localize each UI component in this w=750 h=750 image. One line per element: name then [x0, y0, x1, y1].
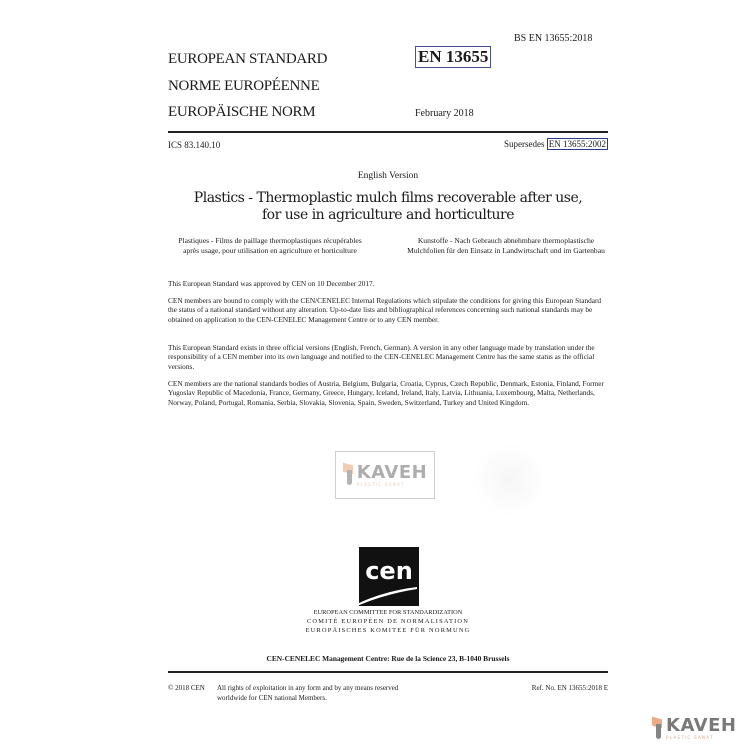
kaveh-tagline: PLASTIC SANAT	[357, 482, 427, 487]
faded-watermark	[470, 445, 550, 515]
kaveh-logo-corner: KAVEH PLASTIC SANAT	[652, 717, 736, 740]
kaveh-logo: KAVEH PLASTIC SANAT	[343, 464, 427, 487]
approval-paragraph: This European Standard was approved by C…	[168, 279, 610, 288]
kaveh-tagline: PLASTIC SANAT	[666, 735, 736, 740]
standard-title-de: EUROPÄISCHE NORM	[168, 104, 315, 121]
versions-paragraph: This European Standard exists in three o…	[168, 343, 610, 371]
document-title: Plastics - Thermoplastic mulch films rec…	[0, 190, 750, 224]
standard-title-fr: NORME EUROPÉENNE	[168, 78, 319, 95]
rights-notice: All rights of exploitation in any form a…	[217, 684, 398, 703]
org-name-en: EUROPEAN COMMITTEE FOR STANDARDIZATION	[0, 609, 750, 618]
members-paragraph: CEN members are the national standards b…	[168, 379, 610, 407]
bs-reference: BS EN 13655:2018	[514, 33, 592, 44]
footer-divider	[168, 671, 608, 673]
rights-line2: worldwide for CEN national Members.	[217, 694, 398, 704]
kaveh-mark-icon	[343, 464, 355, 486]
org-name-fr: COMITÉ EUROPÉEN DE NORMALISATION	[0, 618, 750, 627]
org-name-de: EUROPÄISCHES KOMITEE FÜR NORMUNG	[0, 627, 750, 636]
standard-number-link[interactable]: EN 13655	[415, 46, 491, 68]
french-title: Plastiques - Films de paillage thermopla…	[170, 236, 370, 255]
svg-text:cen: cen	[365, 557, 413, 585]
kaveh-mark-icon	[652, 718, 664, 740]
management-centre-address: CEN-CENELEC Management Centre: Rue de la…	[0, 654, 750, 663]
supersedes-label: Supersedes	[504, 139, 545, 149]
reference-number: Ref. No. EN 13655:2018 E	[532, 684, 608, 692]
rights-line1: All rights of exploitation in any form a…	[217, 684, 398, 694]
copyright: © 2018 CEN	[168, 684, 205, 692]
kaveh-brand: KAVEH	[666, 717, 736, 735]
header-divider	[168, 131, 608, 133]
german-title: Kunstoffe - Nach Gebrauch abnehmbare the…	[406, 236, 606, 255]
watermark-logo: KAVEH PLASTIC SANAT	[335, 451, 435, 499]
cen-logo-icon: cen	[359, 547, 419, 606]
cen-organization-names: EUROPEAN COMMITTEE FOR STANDARDIZATION C…	[0, 609, 750, 635]
supersedes: Supersedes EN 13655:2002	[504, 139, 608, 149]
kaveh-brand: KAVEH	[357, 464, 427, 482]
supersedes-link[interactable]: EN 13655:2002	[547, 138, 608, 150]
regulations-paragraph: CEN members are bound to comply with the…	[168, 296, 610, 324]
publication-date: February 2018	[415, 108, 474, 119]
standard-title-en: EUROPEAN STANDARD	[168, 51, 327, 68]
version-label: English Version	[0, 171, 750, 181]
document-title-line1: Plastics - Thermoplastic mulch films rec…	[0, 190, 750, 207]
corner-watermark: KAVEH PLASTIC SANAT	[652, 717, 736, 740]
ics-code: ICS 83.140.10	[168, 140, 220, 150]
document-title-line2: for use in agriculture and horticulture	[0, 207, 750, 224]
